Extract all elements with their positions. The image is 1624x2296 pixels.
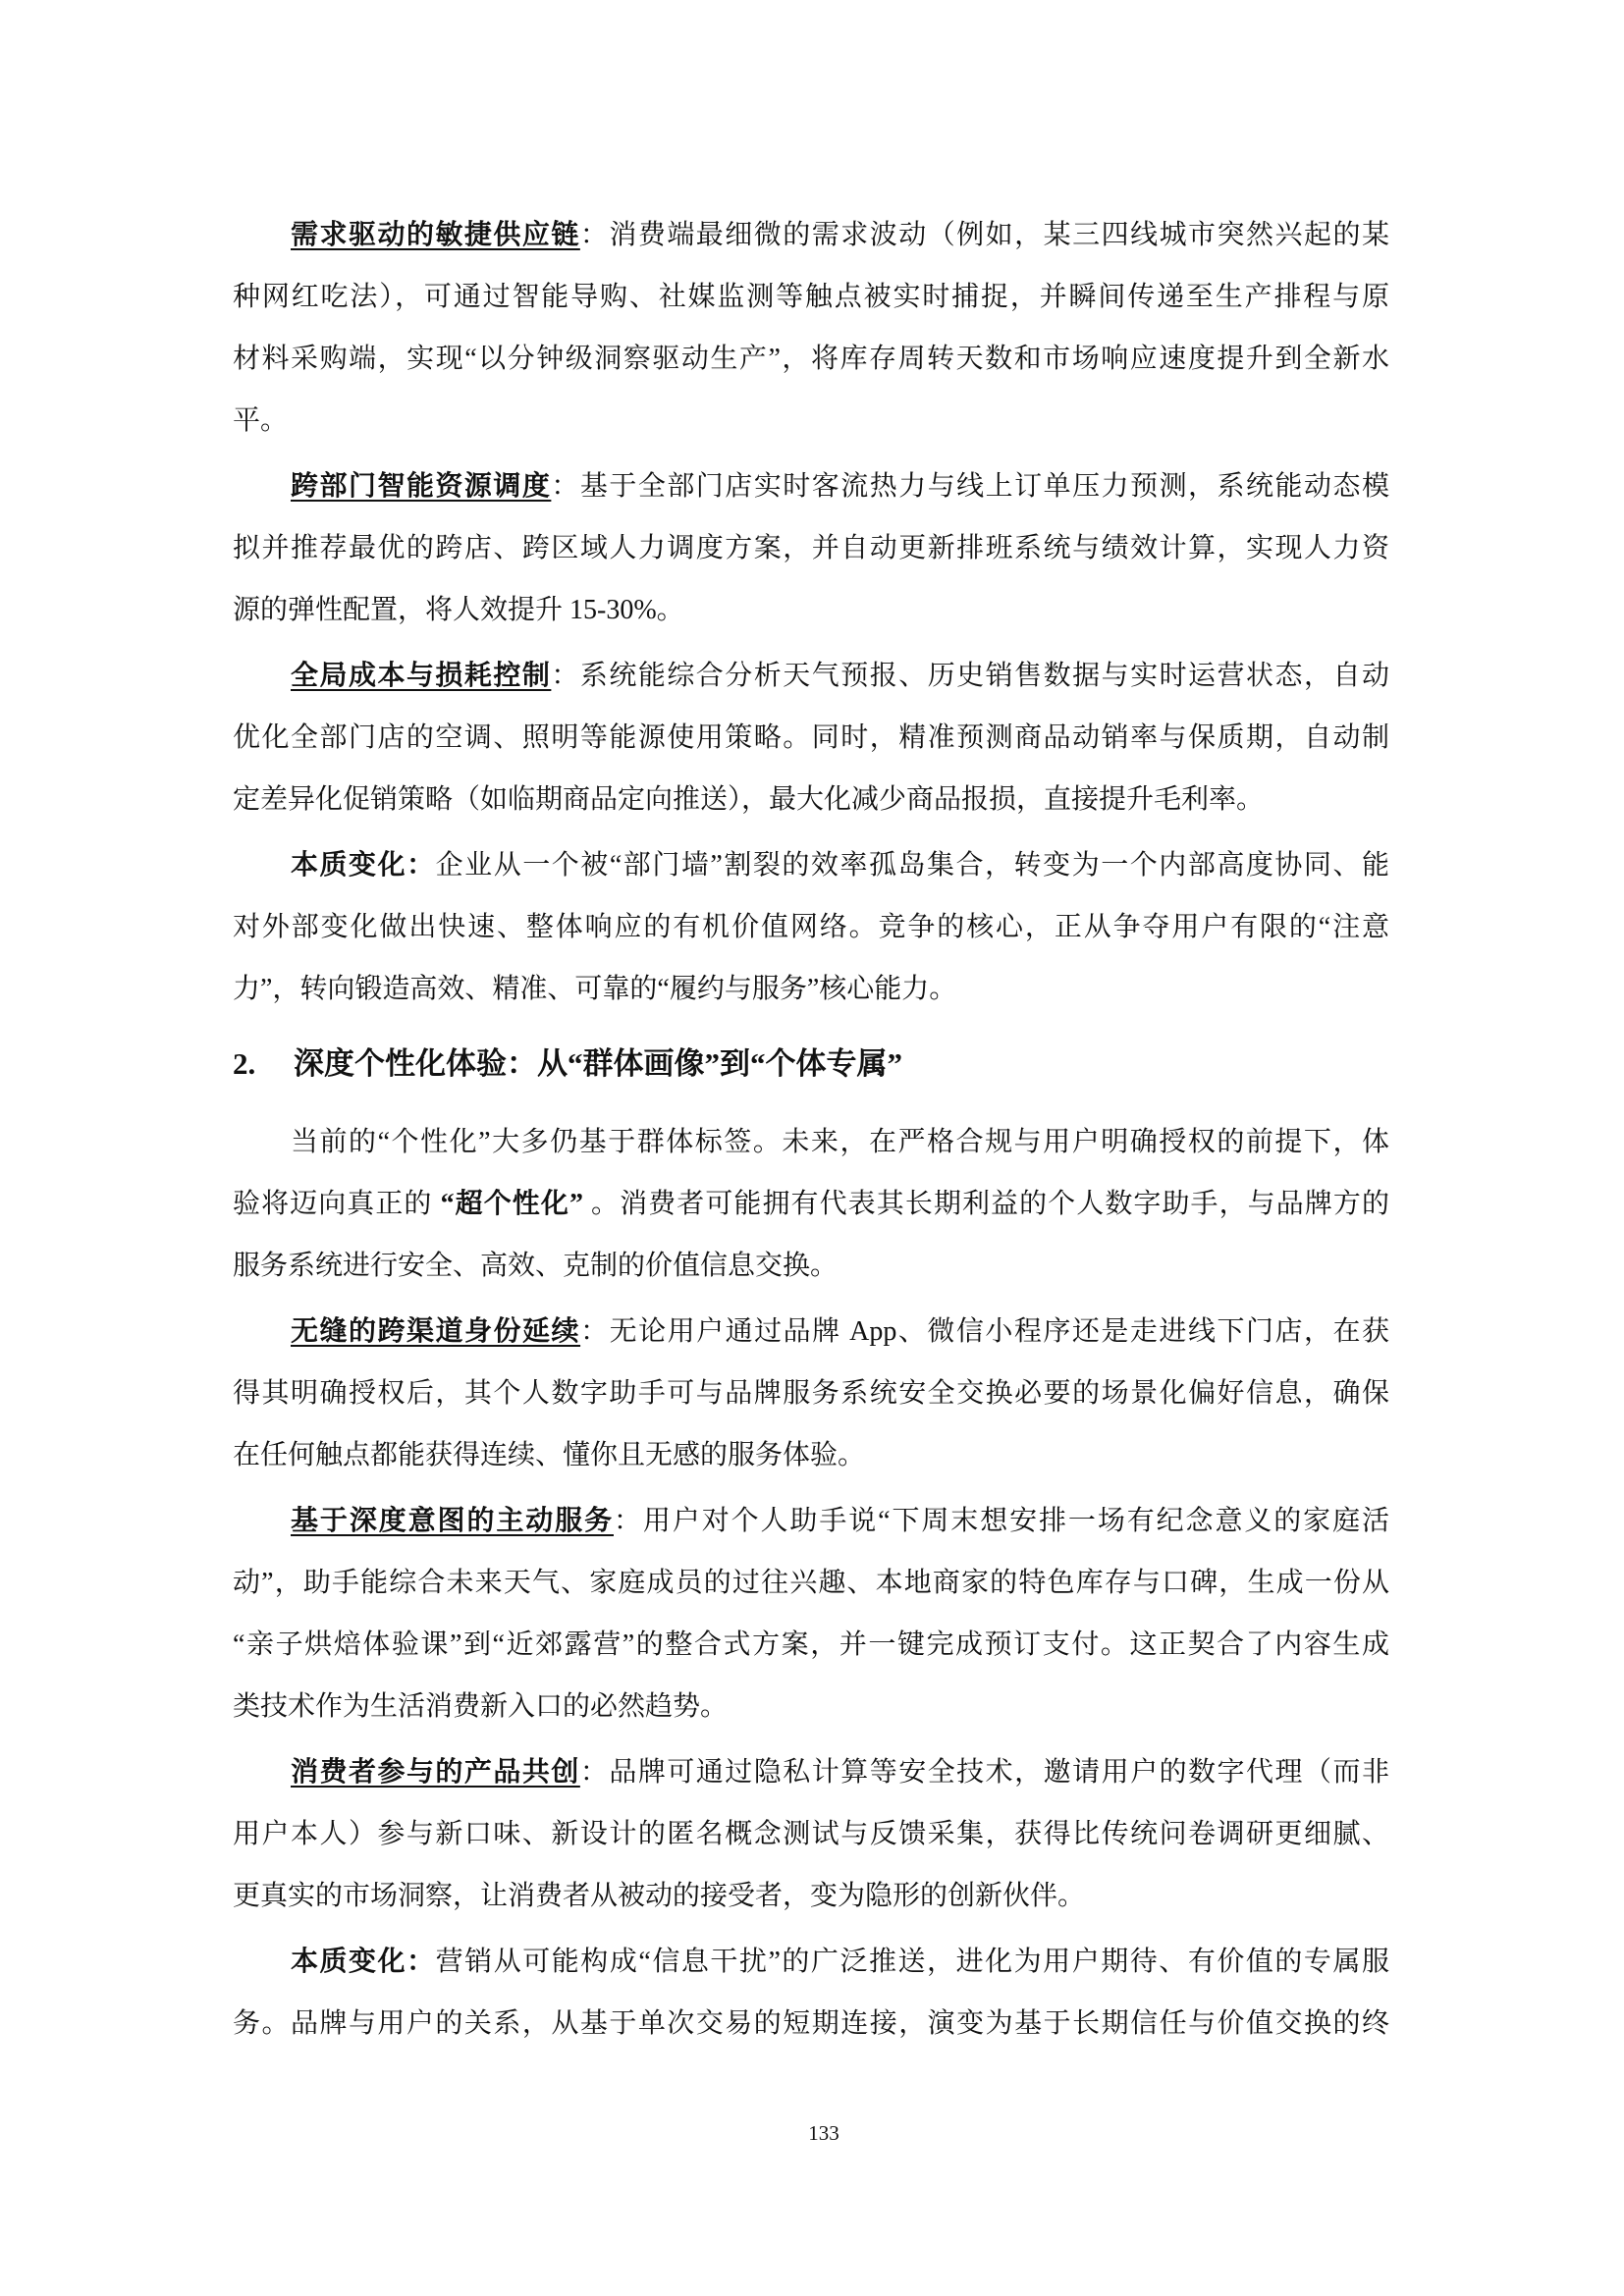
lead-term: 本质变化： xyxy=(291,850,436,881)
paragraph-demand-driven-supply-chain: 需求驱动的敏捷供应链：消费端最细微的需求波动（例如，某三四线城市突然兴起的某 种… xyxy=(233,204,1389,452)
paragraph-intro: 当前的“个性化”大多仍基于群体标签。未来，在严格合规与用户明确授权的前提下，体 … xyxy=(233,1111,1389,1297)
document-page: 需求驱动的敏捷供应链：消费端最细微的需求波动（例如，某三四线城市突然兴起的某 种… xyxy=(233,204,1389,2058)
text-line: 力”，转向锻造高效、精准、可靠的“履约与服务”核心能力。 xyxy=(233,958,1389,1020)
text-line: 用户本人）参与新口味、新设计的匿名概念测试与反馈采集，获得比传统问卷调研更细腻、 xyxy=(233,1803,1389,1865)
text-line: 源的弹性配置，将人效提升 15-30%。 xyxy=(233,579,1389,641)
line-text: ：无论用户通过品牌 App、微信小程序还是走进线下门店，在获 xyxy=(580,1316,1389,1347)
lead-term: 需求驱动的敏捷供应链 xyxy=(291,220,580,250)
text-line: 在任何触点都能获得连续、懂你且无感的服务体验。 xyxy=(233,1424,1389,1486)
line-text: ：用户对个人助手说“下周末想安排一场有纪念意义的家庭活 xyxy=(614,1506,1389,1536)
section-number: 2. xyxy=(233,1033,294,1095)
paragraph-cross-channel-identity: 无缝的跨渠道身份延续：无论用户通过品牌 App、微信小程序还是走进线下门店，在获… xyxy=(233,1301,1389,1486)
lead-term: 跨部门智能资源调度 xyxy=(291,471,551,502)
text-line: 本质变化：企业从一个被“部门墙”割裂的效率孤岛集合，转变为一个内部高度协同、能 xyxy=(233,834,1389,896)
text-line: 动”，助手能综合未来天气、家庭成员的过往兴趣、本地商家的特色库存与口碑，生成一份… xyxy=(233,1552,1389,1614)
page-number: 133 xyxy=(0,2115,1624,2151)
text-line: 全局成本与损耗控制：系统能综合分析天气预报、历史销售数据与实时运营状态，自动 xyxy=(233,645,1389,707)
line-text: ：品牌可通过隐私计算等安全技术，邀请用户的数字代理（而非 xyxy=(580,1757,1389,1788)
section-heading: 2.深度个性化体验：从“群体画像”到“个体专属” xyxy=(233,1033,1389,1095)
text-line: 对外部变化做出快速、整体响应的有机价值网络。竞争的核心，正从争夺用户有限的“注意 xyxy=(233,896,1389,958)
text-line: 得其明确授权后，其个人数字助手可与品牌服务系统安全交换必要的场景化偏好信息，确保 xyxy=(233,1362,1389,1424)
text-line: 拟并推荐最优的跨店、跨区域人力调度方案，并自动更新排班系统与绩效计算，实现人力资 xyxy=(233,517,1389,579)
lead-term: 本质变化： xyxy=(291,1947,436,1977)
line-text: 企业从一个被“部门墙”割裂的效率孤岛集合，转变为一个内部高度协同、能 xyxy=(436,850,1389,881)
text-line: 务。品牌与用户的关系，从基于单次交易的短期连接，演变为基于长期信任与价值交换的终 xyxy=(233,1993,1389,2055)
text-line: 种网红吃法），可通过智能导购、社媒监测等触点被实时捕捉，并瞬间传递至生产排程与原 xyxy=(233,266,1389,328)
text-line: 定差异化促销策略（如临期商品定向推送），最大化减少商品报损，直接提升毛利率。 xyxy=(233,769,1389,830)
text-line: 优化全部门店的空调、照明等能源使用策略。同时，精准预测商品动销率与保质期，自动制 xyxy=(233,707,1389,769)
paragraph-cost-loss-control: 全局成本与损耗控制：系统能综合分析天气预报、历史销售数据与实时运营状态，自动 优… xyxy=(233,645,1389,830)
text-line: 跨部门智能资源调度：基于全部门店实时客流热力与线上订单压力预测，系统能动态模 xyxy=(233,455,1389,517)
paragraph-essential-change-2: 本质变化：营销从可能构成“信息干扰”的广泛推送，进化为用户期待、有价值的专属服 … xyxy=(233,1931,1389,2055)
lead-term: 基于深度意图的主动服务 xyxy=(291,1506,614,1536)
text-line: 材料采购端，实现“以分钟级洞察驱动生产”，将库存周转天数和市场响应速度提升到全新… xyxy=(233,328,1389,390)
line-text: 验将迈向真正的 xyxy=(233,1189,441,1219)
text-line: 需求驱动的敏捷供应链：消费端最细微的需求波动（例如，某三四线城市突然兴起的某 xyxy=(233,204,1389,266)
text-line: 验将迈向真正的 “超个性化” 。消费者可能拥有代表其长期利益的个人数字助手，与品… xyxy=(233,1173,1389,1235)
text-line: 类技术作为生活消费新入口的必然趋势。 xyxy=(233,1676,1389,1737)
text-line: 平。 xyxy=(233,390,1389,452)
text-line: 无缝的跨渠道身份延续：无论用户通过品牌 App、微信小程序还是走进线下门店，在获 xyxy=(233,1301,1389,1362)
section-title: 深度个性化体验：从“群体画像”到“个体专属” xyxy=(294,1046,902,1081)
line-text: 。消费者可能拥有代表其长期利益的个人数字助手，与品牌方的 xyxy=(583,1189,1389,1219)
lead-term: 消费者参与的产品共创 xyxy=(291,1757,580,1788)
emphasis-term: “超个性化” xyxy=(441,1189,583,1219)
paragraph-cross-department-scheduling: 跨部门智能资源调度：基于全部门店实时客流热力与线上订单压力预测，系统能动态模 拟… xyxy=(233,455,1389,641)
text-line: 当前的“个性化”大多仍基于群体标签。未来，在严格合规与用户明确授权的前提下，体 xyxy=(233,1111,1389,1173)
paragraph-essential-change-1: 本质变化：企业从一个被“部门墙”割裂的效率孤岛集合，转变为一个内部高度协同、能 … xyxy=(233,834,1389,1020)
text-line: 本质变化：营销从可能构成“信息干扰”的广泛推送，进化为用户期待、有价值的专属服 xyxy=(233,1931,1389,1993)
paragraph-product-co-creation: 消费者参与的产品共创：品牌可通过隐私计算等安全技术，邀请用户的数字代理（而非 用… xyxy=(233,1741,1389,1927)
text-line: “亲子烘焙体验课”到“近郊露营”的整合式方案，并一键完成预订支付。这正契合了内容… xyxy=(233,1614,1389,1676)
line-text: ：消费端最细微的需求波动（例如，某三四线城市突然兴起的某 xyxy=(580,220,1389,250)
lead-term: 全局成本与损耗控制 xyxy=(291,661,551,691)
line-text: ：基于全部门店实时客流热力与线上订单压力预测，系统能动态模 xyxy=(551,471,1389,502)
lead-term: 无缝的跨渠道身份延续 xyxy=(291,1316,580,1347)
text-line: 服务系统进行安全、高效、克制的价值信息交换。 xyxy=(233,1235,1389,1297)
text-line: 基于深度意图的主动服务：用户对个人助手说“下周末想安排一场有纪念意义的家庭活 xyxy=(233,1490,1389,1552)
line-text: ：系统能综合分析天气预报、历史销售数据与实时运营状态，自动 xyxy=(551,661,1389,691)
line-text: 营销从可能构成“信息干扰”的广泛推送，进化为用户期待、有价值的专属服 xyxy=(436,1947,1389,1977)
text-line: 更真实的市场洞察，让消费者从被动的接受者，变为隐形的创新伙伴。 xyxy=(233,1865,1389,1927)
text-line: 消费者参与的产品共创：品牌可通过隐私计算等安全技术，邀请用户的数字代理（而非 xyxy=(233,1741,1389,1803)
paragraph-proactive-service: 基于深度意图的主动服务：用户对个人助手说“下周末想安排一场有纪念意义的家庭活 动… xyxy=(233,1490,1389,1737)
